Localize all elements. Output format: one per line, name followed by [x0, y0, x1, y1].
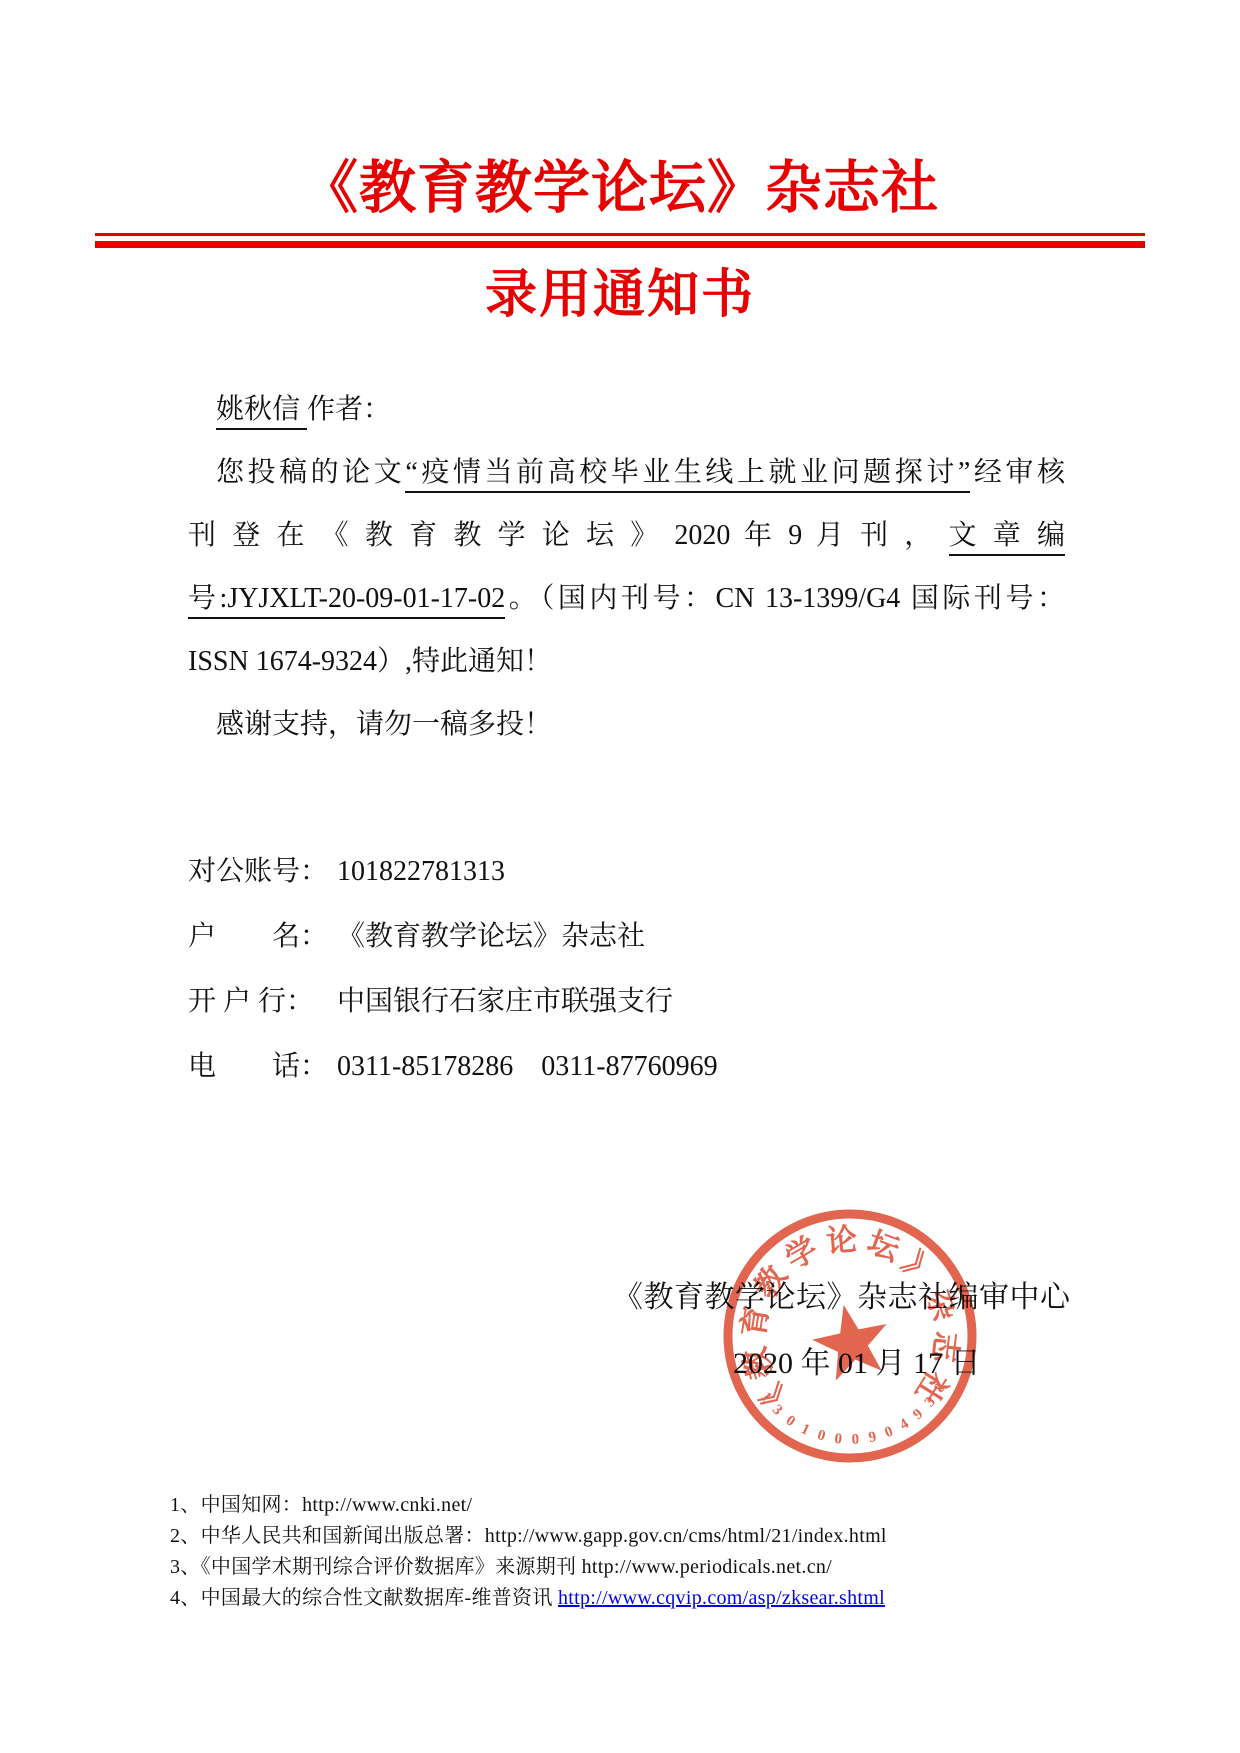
- cqvip-link[interactable]: http://www.cqvip.com/asp/zksear.shtml: [558, 1587, 885, 1609]
- body-text: 感谢支持，请勿一稿多投！: [216, 709, 552, 740]
- article-no-underlined: 文 章 编: [949, 520, 1065, 556]
- body-text: ISSN 1674-9324）,特此通知！: [188, 646, 552, 677]
- svg-text:论: 论: [825, 1222, 859, 1260]
- account-value: 0311-85178286 0311-87760969: [337, 1051, 718, 1082]
- body-text: 。（国内刊号：CN 13-1399/G4 国际刊号：: [505, 583, 1065, 614]
- header-rule-thin: [95, 233, 1145, 236]
- footer-item-gapp: 2、中华人民共和国新闻出版总署：http://www.gapp.gov.cn/c…: [170, 1519, 887, 1548]
- acceptance-letter-page: 《教育教学论坛》杂志社 录用通知书 姚秋信 作者： 您投稿的论文“疫情当前高校毕…: [0, 0, 1240, 1753]
- svg-text:坛: 坛: [863, 1224, 905, 1268]
- svg-text:0: 0: [834, 1431, 843, 1448]
- official-seal-stamp: 《教育教学论坛》杂志社 1301000904938: [710, 1196, 990, 1476]
- account-value: 中国银行石家庄市联强支行: [337, 986, 673, 1017]
- footer-item-cqvip: 4、中国最大的综合性文献数据库-维普资讯 http://www.cqvip.co…: [170, 1581, 885, 1610]
- footer-item-periodicals: 3、《中国学术期刊综合评价数据库》来源期刊 http://www.periodi…: [170, 1550, 832, 1579]
- author-name: 姚秋信: [216, 394, 307, 430]
- account-value: 101822781313: [337, 856, 505, 887]
- account-label: 对公账号：: [188, 849, 337, 889]
- article-no-underlined: 号:JYJXLT-20-09-01-17-02: [188, 583, 505, 619]
- account-row-holder-name: 户 名：《教育教学论坛》杂志社: [188, 914, 645, 954]
- account-row-corporate-account: 对公账号：101822781313: [188, 849, 505, 889]
- svg-text:4: 4: [897, 1416, 912, 1434]
- body-line-5: 感谢支持，请勿一稿多投！: [216, 707, 552, 743]
- svg-text:育: 育: [735, 1303, 774, 1339]
- account-label: 户 名：: [188, 914, 337, 954]
- notice-title: 录用通知书: [0, 252, 1240, 327]
- seal-star-icon: [807, 1297, 896, 1384]
- body-text: 刊 登 在 《 教 育 教 学 论 坛 》 2020 年 9 月 刊 ，: [188, 520, 949, 551]
- svg-text:志: 志: [926, 1330, 964, 1366]
- body-line-1: 您投稿的论文“疫情当前高校毕业生线上就业问题探讨”经审核: [188, 455, 1065, 491]
- account-label: 开 户 行：: [188, 979, 337, 1019]
- header-rule-thick: [95, 241, 1145, 248]
- paper-title-underlined: “疫情当前高校毕业生线上就业问题探讨”: [405, 457, 970, 493]
- body-line-2: 刊 登 在 《 教 育 教 学 论 坛 》 2020 年 9 月 刊 ， 文 章…: [188, 518, 1065, 554]
- salutation-suffix: 作者：: [307, 394, 391, 425]
- seal-svg: 《教育教学论坛》杂志社 1301000904938: [710, 1196, 990, 1476]
- svg-text:9: 9: [910, 1406, 926, 1423]
- salutation-line: 姚秋信 作者：: [216, 392, 391, 428]
- svg-text:0: 0: [883, 1424, 896, 1442]
- account-label: 电 话：: [188, 1044, 337, 1084]
- svg-text:0: 0: [851, 1432, 859, 1448]
- footer-item-cnki: 1、中国知网：http://www.cnki.net/: [170, 1488, 472, 1517]
- account-value: 《教育教学论坛》杂志社: [337, 921, 645, 952]
- body-text: 您投稿的论文: [216, 457, 405, 488]
- body-text: 经审核: [970, 457, 1065, 488]
- account-row-phone: 电 话：0311-85178286 0311-87760969: [188, 1044, 718, 1084]
- svg-text:9: 9: [867, 1429, 878, 1446]
- svg-text:杂: 杂: [919, 1285, 962, 1326]
- svg-text:1: 1: [798, 1421, 812, 1439]
- account-row-bank: 开 户 行：中国银行石家庄市联强支行: [188, 979, 673, 1019]
- publisher-title: 《教育教学论坛》杂志社: [0, 142, 1240, 224]
- footer-text: 4、中国最大的综合性文献数据库-维普资讯: [170, 1587, 558, 1609]
- body-line-3: 号:JYJXLT-20-09-01-17-02。（国内刊号：CN 13-1399…: [188, 581, 1065, 617]
- body-line-4: ISSN 1674-9324）,特此通知！: [188, 644, 552, 680]
- svg-text:0: 0: [815, 1427, 827, 1444]
- svg-text:教: 教: [737, 1343, 780, 1384]
